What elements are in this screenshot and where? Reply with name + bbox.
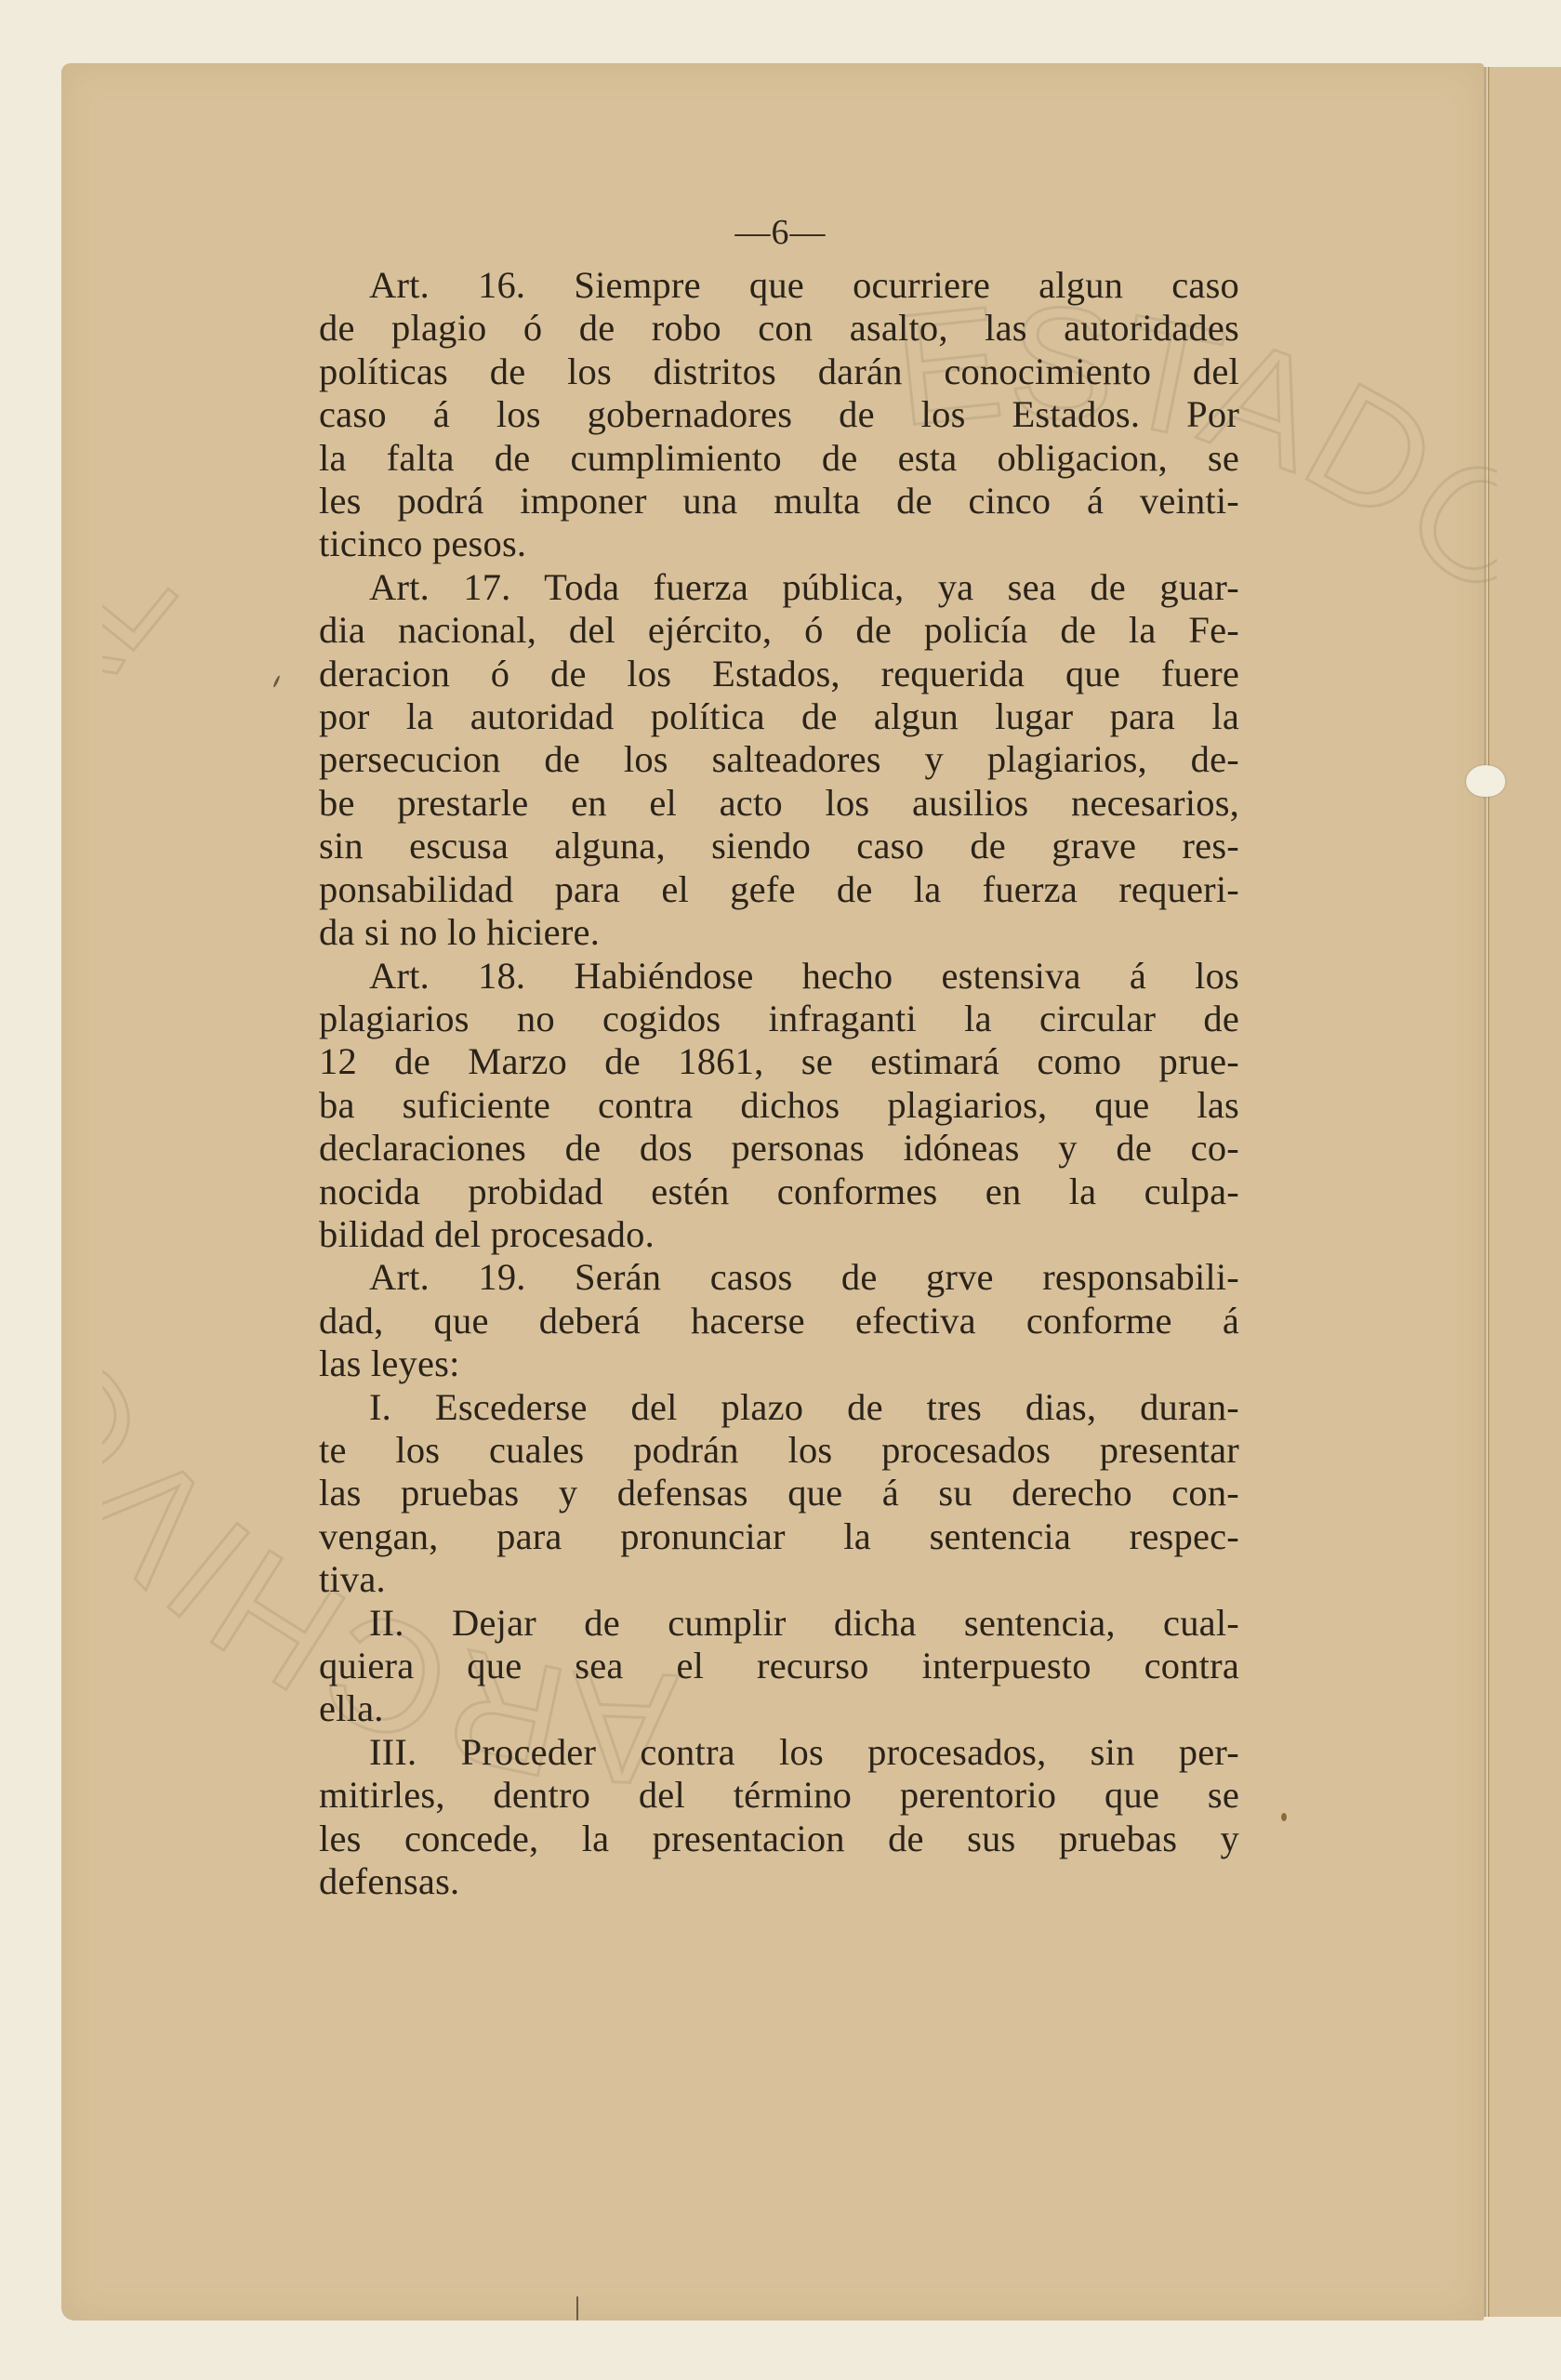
text-line: III. Proceder contra los procesados, sin…	[319, 1731, 1239, 1774]
text-line: mitirles, dentro del término perentorio …	[319, 1774, 1239, 1817]
text-line: dia nacional, del ejército, ó de policía…	[319, 609, 1239, 652]
text-line: dad, que deberá hacerse efectiva conform…	[319, 1300, 1239, 1342]
text-line: deracion ó de los Estados, requerida que…	[319, 653, 1239, 695]
text-line: tiva.	[319, 1558, 1239, 1601]
text-line: te los cuales podrán los procesados pres…	[319, 1429, 1239, 1472]
text-line: 12 de Marzo de 1861, se estimará como pr…	[319, 1040, 1239, 1083]
text-line: persecucion de los salteadores y plagiar…	[319, 738, 1239, 781]
text-line: be prestarle en el acto los ausilios nec…	[319, 782, 1239, 825]
page-number: —6—	[0, 212, 1561, 253]
text-line: de plagio ó de robo con asalto, las auto…	[319, 307, 1239, 350]
text-line: quiera que sea el recurso interpuesto co…	[319, 1645, 1239, 1687]
document-body: Art. 16. Siempre que ocurriere algun cas…	[319, 264, 1239, 1903]
text-line: caso á los gobernadores de los Estados. …	[319, 393, 1239, 436]
text-line: ponsabilidad para el gefe de la fuerza r…	[319, 868, 1239, 911]
text-line: les podrá imponer una multa de cinco á v…	[319, 480, 1239, 522]
text-line: ella.	[319, 1687, 1239, 1730]
text-line: vengan, para pronunciar la sentencia res…	[319, 1515, 1239, 1558]
article-19-clause-iii: III. Proceder contra los procesados, sin…	[319, 1731, 1239, 1904]
page-fold-line	[1484, 67, 1487, 2317]
text-line: las pruebas y defensas que á su derecho …	[319, 1472, 1239, 1514]
text-line: Art. 17. Toda fuerza pública, ya sea de …	[319, 566, 1239, 609]
text-line: Art. 19. Serán casos de grve responsabil…	[319, 1256, 1239, 1299]
text-line: I. Escederse del plazo de tres dias, dur…	[319, 1386, 1239, 1429]
text-line: por la autoridad política de algun lugar…	[319, 695, 1239, 738]
adjacent-page-edge	[1488, 67, 1561, 2317]
text-line: Art. 16. Siempre que ocurriere algun cas…	[319, 264, 1239, 307]
text-line: declaraciones de dos personas idóneas y …	[319, 1127, 1239, 1170]
article-19-clause-ii: II. Dejar de cumplir dicha sentencia, cu…	[319, 1602, 1239, 1731]
article-17: Art. 17. Toda fuerza pública, ya sea de …	[319, 566, 1239, 955]
text-line: políticas de los distritos darán conocim…	[319, 350, 1239, 393]
paper-speck	[576, 2296, 578, 2320]
article-19-clause-i: I. Escederse del plazo de tres dias, dur…	[319, 1386, 1239, 1602]
text-line: Art. 18. Habiéndose hecho estensiva á lo…	[319, 955, 1239, 998]
text-line: la falta de cumplimiento de esta obligac…	[319, 437, 1239, 480]
paper-speck	[1281, 1813, 1287, 1821]
text-line: las leyes:	[319, 1342, 1239, 1385]
text-line: ba suficiente contra dichos plagiarios, …	[319, 1084, 1239, 1127]
text-line: bilidad del procesado.	[319, 1213, 1239, 1256]
article-16: Art. 16. Siempre que ocurriere algun cas…	[319, 264, 1239, 566]
article-19: Art. 19. Serán casos de grve responsabil…	[319, 1256, 1239, 1385]
text-line: da si no lo hiciere.	[319, 911, 1239, 954]
text-line: ticinco pesos.	[319, 522, 1239, 565]
binding-hole	[1466, 765, 1505, 797]
text-line: nocida probidad estén conformes en la cu…	[319, 1170, 1239, 1213]
text-line: plagiarios no cogidos infraganti la circ…	[319, 998, 1239, 1040]
text-line: les concede, la presentacion de sus prue…	[319, 1818, 1239, 1860]
text-line: sin escusa alguna, siendo caso de grave …	[319, 825, 1239, 867]
text-line: defensas.	[319, 1860, 1239, 1903]
article-18: Art. 18. Habiéndose hecho estensiva á lo…	[319, 955, 1239, 1257]
text-line: II. Dejar de cumplir dicha sentencia, cu…	[319, 1602, 1239, 1645]
